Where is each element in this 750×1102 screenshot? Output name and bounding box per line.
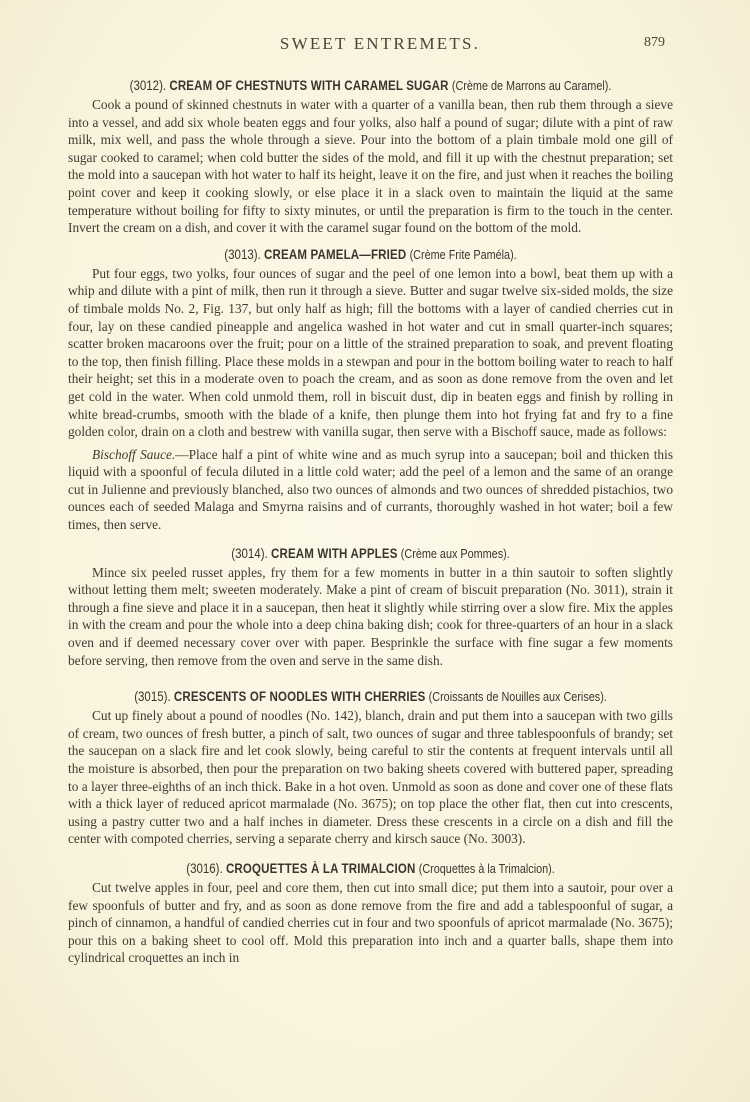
recipe-french-title: (Croquettes à la Trimalcion). [419,862,555,876]
book-page: SWEET ENTREMETS. 879 (3012). CREAM OF CH… [0,0,750,1102]
recipe-paragraph: Mince six peeled russet apples, fry them… [68,564,673,670]
recipe-3012: (3012). CREAM OF CHESTNUTS WITH CARAMEL … [68,78,673,237]
sauce-label: Bischoff Sauce. [92,447,175,462]
running-head: SWEET ENTREMETS. 879 [0,34,750,58]
running-title: SWEET ENTREMETS. [0,34,750,54]
recipe-heading: (3012). CREAM OF CHESTNUTS WITH CARAMEL … [110,78,630,93]
recipe-heading: (3014). CREAM WITH APPLES (Crème aux Pom… [110,546,630,561]
page-content: (3012). CREAM OF CHESTNUTS WITH CARAMEL … [68,78,673,967]
recipe-title: CREAM PAMELA—FRIED [264,247,406,262]
recipe-number: (3014). [231,546,267,561]
recipe-title: CRESCENTS OF NOODLES WITH CHERRIES [174,689,426,704]
recipe-3013: (3013). CREAM PAMELA—FRIED (Crème Frite … [68,247,673,534]
recipe-french-title: (Crème Frite Paméla). [410,248,517,262]
recipe-heading: (3016). CROQUETTES À LA TRIMALCION (Croq… [110,861,630,876]
recipe-title: CREAM OF CHESTNUTS WITH CARAMEL SUGAR [169,78,448,93]
recipe-paragraph: Put four eggs, two yolks, four ounces of… [68,265,673,441]
recipe-3016: (3016). CROQUETTES À LA TRIMALCION (Croq… [68,861,673,967]
recipe-title: CROQUETTES À LA TRIMALCION [226,861,416,876]
recipe-number: (3013). [224,247,260,262]
recipe-french-title: (Crème de Marrons au Caramel). [452,79,612,93]
recipe-paragraph: Cut twelve apples in four, peel and core… [68,879,673,967]
recipe-title: CREAM WITH APPLES [271,546,398,561]
recipe-3014: (3014). CREAM WITH APPLES (Crème aux Pom… [68,546,673,670]
recipe-french-title: (Crème aux Pommes). [401,547,510,561]
recipe-paragraph: Cook a pound of skinned chestnuts in wat… [68,96,673,237]
recipe-number: (3015). [134,689,170,704]
recipe-3015: (3015). CRESCENTS OF NOODLES WITH CHERRI… [68,689,673,848]
page-number: 879 [644,35,665,51]
recipe-heading: (3015). CRESCENTS OF NOODLES WITH CHERRI… [110,689,630,704]
recipe-paragraph: Cut up finely about a pound of noodles (… [68,707,673,848]
recipe-number: (3016). [186,861,222,876]
recipe-number: (3012). [130,78,166,93]
recipe-french-title: (Croissants de Nouilles aux Cerises). [429,690,607,704]
sauce-paragraph: Bischoff Sauce.—Place half a pint of whi… [68,446,673,534]
recipe-heading: (3013). CREAM PAMELA—FRIED (Crème Frite … [110,247,630,262]
